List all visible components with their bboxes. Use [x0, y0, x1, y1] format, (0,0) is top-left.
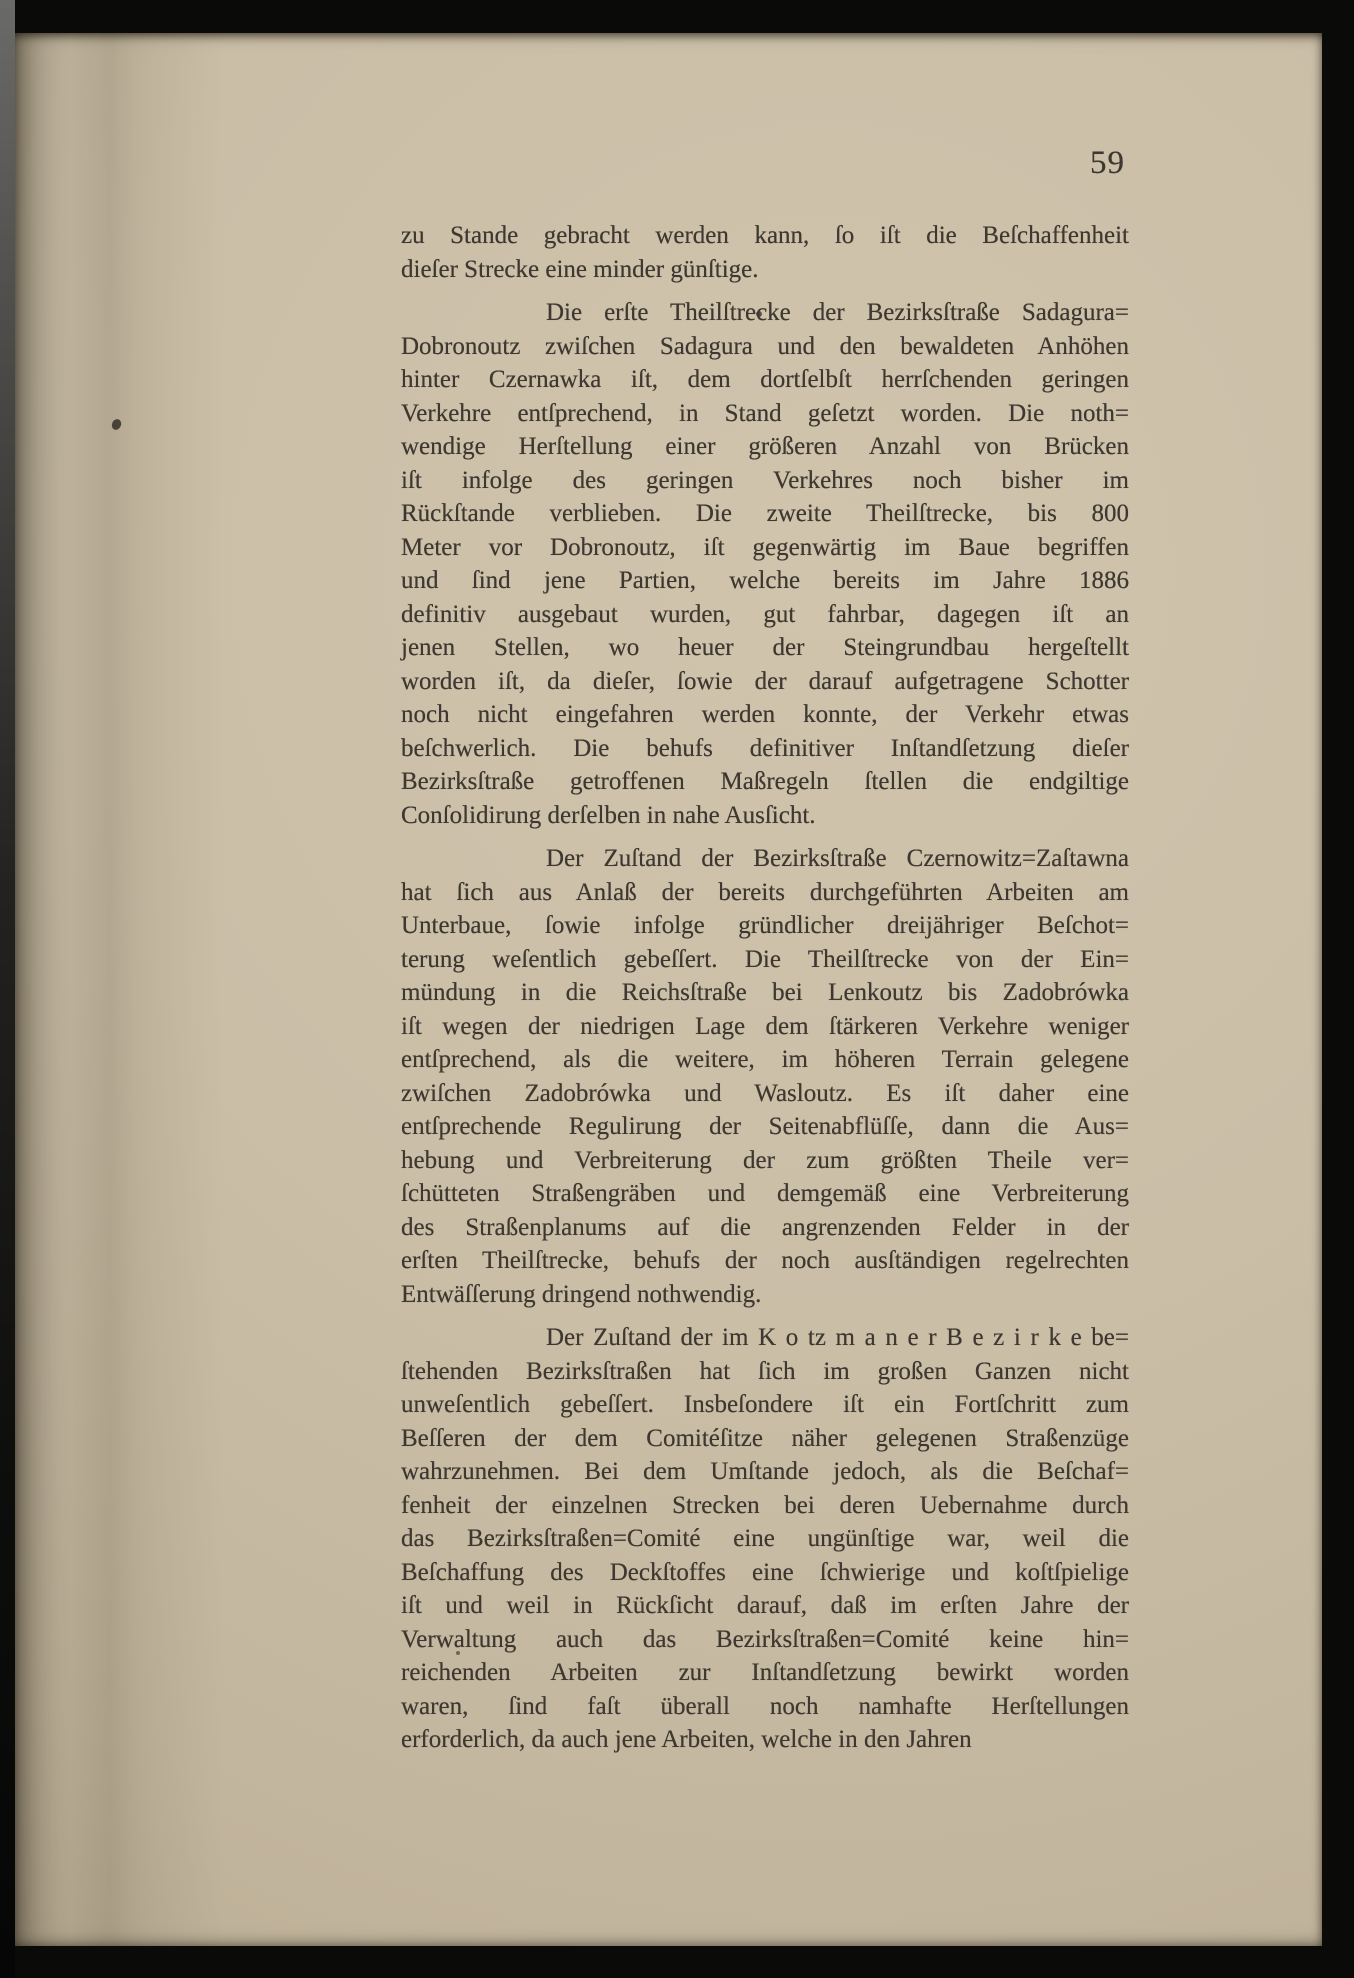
text-line: Verkehre entſprechend, in Stand geſetzt …: [401, 397, 1129, 431]
text-line: Beſſeren der dem Comitéſitze näher geleg…: [401, 1422, 1129, 1456]
ink-speck: [110, 418, 123, 432]
text-line: des Straßenplanums auf die angrenzenden …: [401, 1211, 1129, 1245]
text-line: waren, ſind faſt überall noch namhafte H…: [401, 1690, 1129, 1724]
text-line: Beſchaffung des Deckſtoffes eine ſchwier…: [401, 1556, 1129, 1590]
text-line: hat ſich aus Anlaß der bereits durchgefü…: [401, 876, 1129, 910]
text-line: Der Zuſtand der Bezirksſtraße Czernowitz…: [401, 842, 1129, 876]
paragraph: Der Zuſtand der im K o tz m a n e r B e …: [401, 1321, 1129, 1757]
text-block: 59 zu Stande gebracht werden kann, ſo iſ…: [401, 145, 1129, 1757]
text-line: und ſind jene Partien, welche bereits im…: [401, 564, 1129, 598]
text-line: iſt infolge des geringen Verkehres noch …: [401, 464, 1129, 498]
page-number: 59: [1090, 145, 1125, 181]
text-line: Unterbaue, ſowie infolge gründlicher dre…: [401, 909, 1129, 943]
text-line: dieſer Strecke eine minder günſtige.: [401, 253, 1129, 287]
scanned-page-background: 59 zu Stande gebracht werden kann, ſo iſ…: [0, 0, 1354, 1978]
text-line: Meter vor Dobronoutz, iſt gegenwärtig im…: [401, 531, 1129, 565]
text-line: ſtehenden Bezirksſtraßen hat ſich im gro…: [401, 1355, 1129, 1389]
text-line: mündung in die Reichsſtraße bei Lenkoutz…: [401, 976, 1129, 1010]
text-line: wahrzunehmen. Bei dem Umſtande jedoch, a…: [401, 1455, 1129, 1489]
text-line: wendige Herſtellung einer größeren Anzah…: [401, 430, 1129, 464]
text-line: Rückſtande verblieben. Die zweite Theilſ…: [401, 497, 1129, 531]
text-line: noch nicht eingefahren werden konnte, de…: [401, 698, 1129, 732]
text-line: iſt wegen der niedrigen Lage dem ſtärker…: [401, 1010, 1129, 1044]
text-line: erforderlich, da auch jene Arbeiten, wel…: [401, 1723, 1129, 1757]
text-line: reichenden Arbeiten zur Inſtandſetzung b…: [401, 1656, 1129, 1690]
text-line: entſprechende Regulirung der Seitenabflü…: [401, 1110, 1129, 1144]
text-line: fenheit der einzelnen Strecken bei deren…: [401, 1489, 1129, 1523]
text-line: Die erſte Theilſtrecke der Bezirksſtraße…: [401, 296, 1129, 330]
page-header: 59: [401, 145, 1129, 219]
text-line: zwiſchen Zadobrówka und Wasloutz. Es iſt…: [401, 1077, 1129, 1111]
text-line: jenen Stellen, wo heuer der Steingrundba…: [401, 631, 1129, 665]
text-line: beſchwerlich. Die behufs definitiver Inſ…: [401, 732, 1129, 766]
paragraph: Die erſte Theilſtrecke der Bezirksſtraße…: [401, 296, 1129, 832]
text-line: zu Stande gebracht werden kann, ſo iſt d…: [401, 219, 1129, 253]
text-line: ſchütteten Straßengräben und demgemäß ei…: [401, 1177, 1129, 1211]
text-line: Verwaltung auch das Bezirksſtraßen=Comit…: [401, 1623, 1129, 1657]
scan-left-edge: [0, 0, 15, 1978]
paragraph: zu Stande gebracht werden kann, ſo iſt d…: [401, 219, 1129, 286]
text-line: Entwäſſerung dringend nothwendig.: [401, 1278, 1129, 1312]
text-line: terung weſentlich gebeſſert. Die Theilſt…: [401, 943, 1129, 977]
text-line: Bezirksſtraße getroffenen Maßregeln ſtel…: [401, 765, 1129, 799]
text-line: Der Zuſtand der im K o tz m a n e r B e …: [401, 1321, 1129, 1355]
text-line: das Bezirksſtraßen=Comité eine ungünſtig…: [401, 1522, 1129, 1556]
text-line: entſprechend, als die weitere, im höhere…: [401, 1043, 1129, 1077]
text-line: hinter Czernawka iſt, dem dortſelbſt her…: [401, 363, 1129, 397]
text-line: iſt und weil in Rückſicht darauf, daß im…: [401, 1589, 1129, 1623]
text-line: worden iſt, da dieſer, ſowie der darauf …: [401, 665, 1129, 699]
text-line: Dobronoutz zwiſchen Sadagura und den bew…: [401, 330, 1129, 364]
book-page: 59 zu Stande gebracht werden kann, ſo iſ…: [15, 33, 1322, 1946]
text-line: unweſentlich gebeſſert. Insbeſondere iſt…: [401, 1388, 1129, 1422]
paragraph: Der Zuſtand der Bezirksſtraße Czernowitz…: [401, 842, 1129, 1311]
text-line: erſten Theilſtrecke, behufs der noch aus…: [401, 1244, 1129, 1278]
text-line: definitiv ausgebaut wurden, gut fahrbar,…: [401, 598, 1129, 632]
text-line: hebung und Verbreiterung der zum größten…: [401, 1144, 1129, 1178]
text-line: Conſolidirung derſelben in nahe Ausſicht…: [401, 799, 1129, 833]
